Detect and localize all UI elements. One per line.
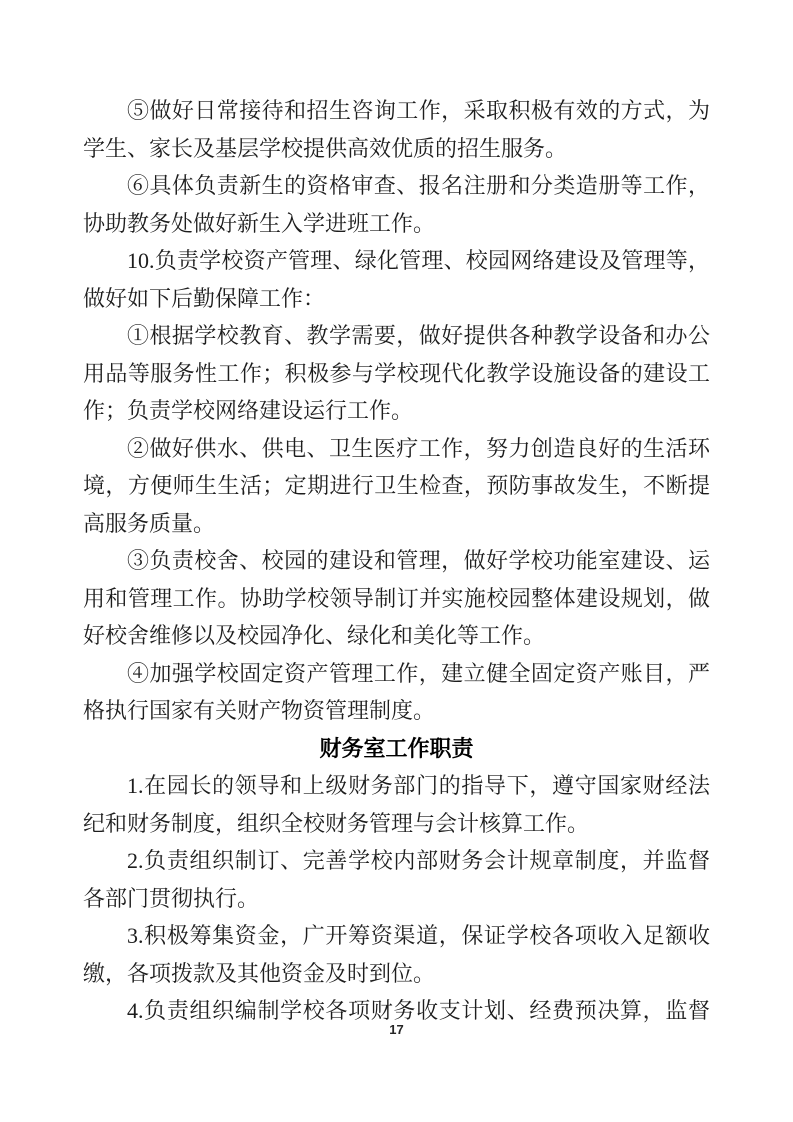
text-line: 1.在园长的领导和上级财务部门的指导下，遵守国家财经法 — [83, 767, 710, 805]
document-body: ⑤做好日常接待和招生咨询工作，采取积极有效的方式，为 学生、家长及基层学校提供高… — [83, 92, 710, 1030]
text-line: 纪和财务制度，组织全校财务管理与会计核算工作。 — [83, 805, 710, 843]
text-line: 境，方便师生生活；定期进行卫生检查，预防事故发生，不断提 — [83, 467, 710, 505]
text-line: 格执行国家有关财产物资管理制度。 — [83, 692, 710, 730]
text-line: 各部门贯彻执行。 — [83, 880, 710, 918]
text-line: 用和管理工作。协助学校领导制订并实施校园整体建设规划，做 — [83, 580, 710, 618]
text-line: 3.积极筹集资金，广开筹资渠道，保证学校各项收入足额收 — [83, 917, 710, 955]
text-line: 高服务质量。 — [83, 505, 710, 543]
text-line: ②做好供水、供电、卫生医疗工作，努力创造良好的生活环 — [83, 430, 710, 468]
text-line: ④加强学校固定资产管理工作，建立健全固定资产账目，严 — [83, 655, 710, 693]
text-line: 2.负责组织制订、完善学校内部财务会计规章制度，并监督 — [83, 842, 710, 880]
page-number: 17 — [0, 1022, 793, 1037]
text-line: ⑥具体负责新生的资格审查、报名注册和分类造册等工作， — [83, 167, 710, 205]
text-line: 作；负责学校网络建设运行工作。 — [83, 392, 710, 430]
section-heading: 财务室工作职责 — [83, 730, 710, 768]
text-line: ①根据学校教育、教学需要，做好提供各种教学设备和办公 — [83, 317, 710, 355]
text-line: ③负责校舍、校园的建设和管理，做好学校功能室建设、运 — [83, 542, 710, 580]
text-line: 好校舍维修以及校园净化、绿化和美化等工作。 — [83, 617, 710, 655]
text-line: 协助教务处做好新生入学进班工作。 — [83, 205, 710, 243]
text-line: 学生、家长及基层学校提供高效优质的招生服务。 — [83, 130, 710, 168]
text-line: 做好如下后勤保障工作： — [83, 280, 710, 318]
text-line: 10.负责学校资产管理、绿化管理、校园网络建设及管理等， — [83, 242, 710, 280]
text-line: ⑤做好日常接待和招生咨询工作，采取积极有效的方式，为 — [83, 92, 710, 130]
text-line: 缴，各项拨款及其他资金及时到位。 — [83, 955, 710, 993]
document-page: ⑤做好日常接待和招生咨询工作，采取积极有效的方式，为 学生、家长及基层学校提供高… — [0, 0, 793, 1122]
text-line: 用品等服务性工作；积极参与学校现代化教学设施设备的建设工 — [83, 355, 710, 393]
